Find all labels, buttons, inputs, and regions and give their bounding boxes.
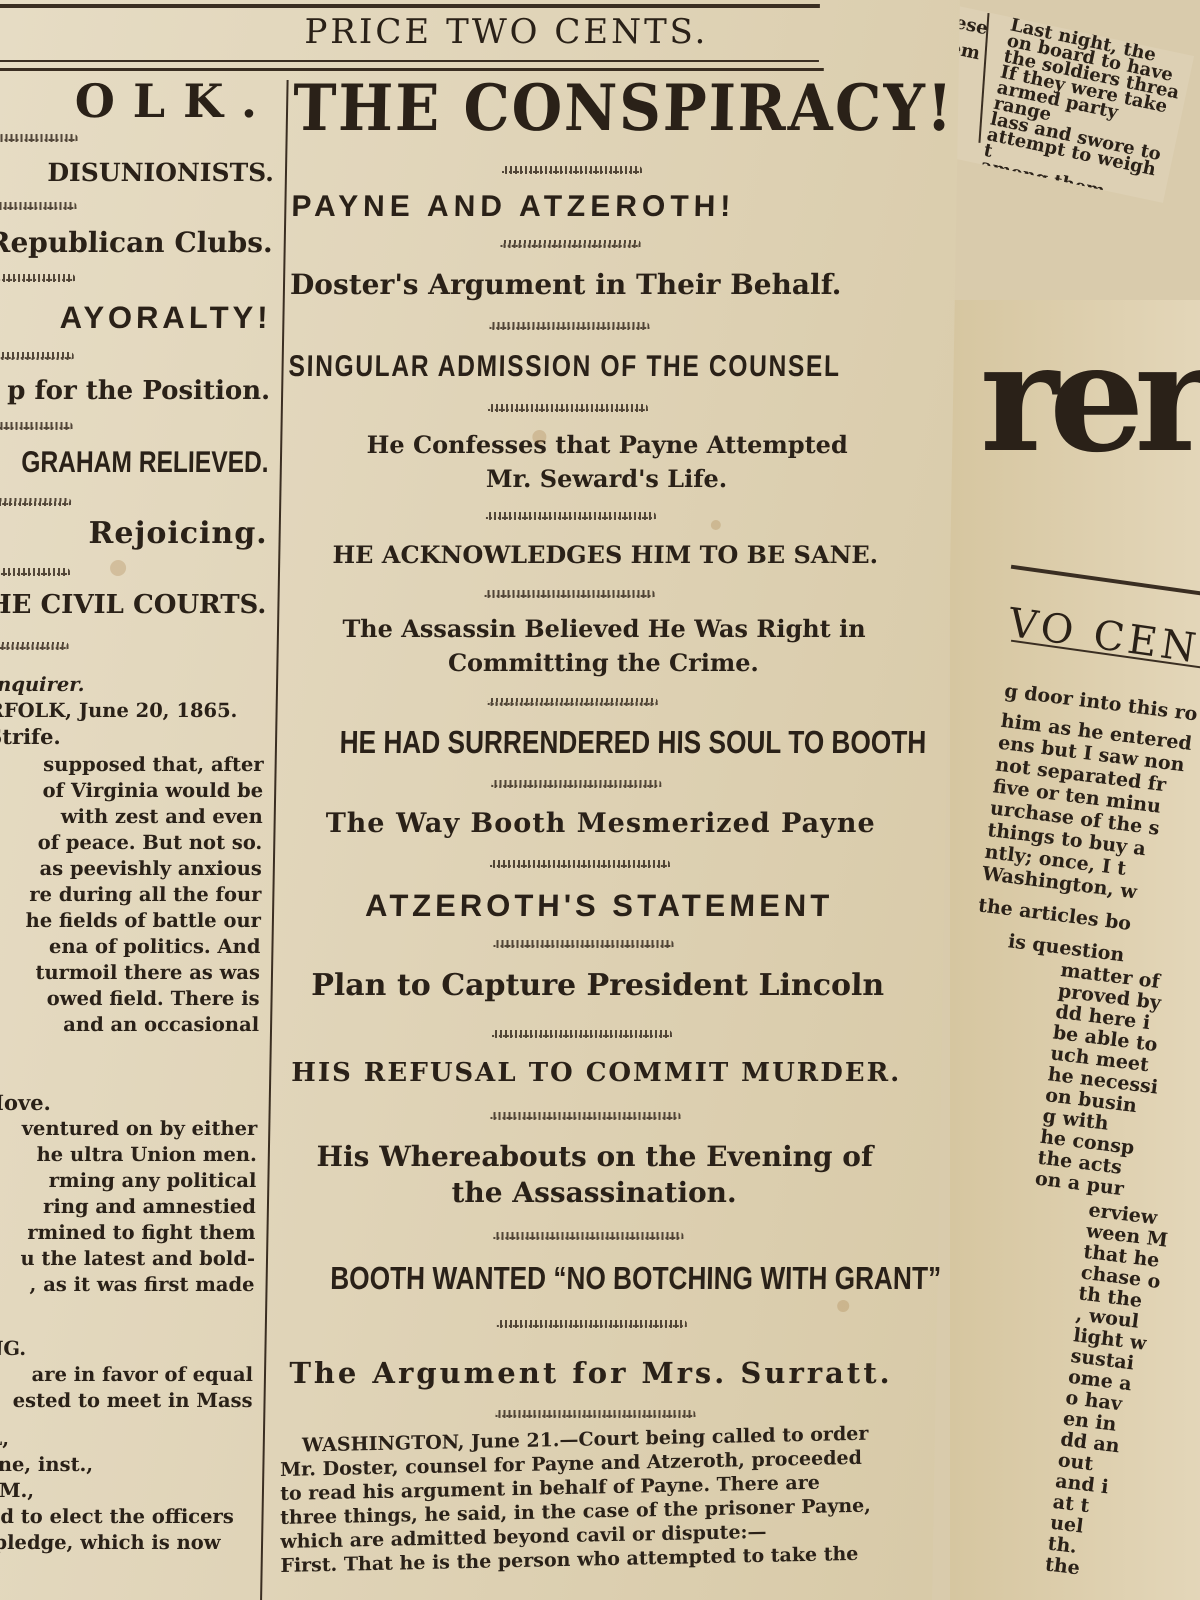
- left-headline: GRAHAM RELIEVED.: [21, 446, 269, 480]
- main-newspaper-sheet: PRICE TWO CENTS. OLK. DISUNIONISTS. Repu…: [0, 0, 960, 1600]
- left-headline: DISUNIONISTS.: [47, 158, 274, 187]
- masthead-rule: [1011, 565, 1200, 600]
- left-headline: AYORALTY!: [59, 300, 271, 336]
- left-paragraph-3: are in favor of equal ested to meet in M…: [12, 1362, 253, 1414]
- wavy-rule: [0, 642, 69, 650]
- headline-capture-lincoln: Plan to Capture President Lincoln: [277, 968, 918, 1003]
- wavy-rule: [0, 568, 70, 576]
- left-headline: p for the Position.: [7, 376, 270, 406]
- wavy-rule: [0, 134, 78, 142]
- wavy-rule: [501, 240, 641, 248]
- left-column: OLK. DISUNIONISTS. Republican Clubs. AYO…: [0, 60, 284, 1600]
- right-sheet-text-a: g door into this ro him as he entered en…: [973, 680, 1199, 972]
- article-body: WASHINGTON, June 21.—Court being called …: [280, 1422, 871, 1578]
- headline-confesses: He Confesses that Payne Attempted: [287, 430, 928, 459]
- wavy-rule: [495, 1410, 695, 1418]
- wavy-rule: [0, 352, 74, 360]
- headline-committing: Committing the Crime.: [283, 648, 924, 677]
- wavy-rule: [489, 322, 649, 330]
- headline-mesmerized: The Way Booth Mesmerized Payne: [280, 808, 921, 839]
- headline-dosters-argument: Doster's Argument in Their Behalf.: [290, 268, 931, 301]
- headline-whereabouts: His Whereabouts on the Evening of: [275, 1140, 916, 1173]
- headline-no-botching: BOOTH WANTED “NO BOTCHING WITH GRANT”: [330, 1260, 855, 1297]
- dateline: RFOLK, June 20, 1865.: [0, 698, 238, 724]
- gothic-masthead-fragment: rer: [980, 310, 1200, 486]
- headline-surrendered-soul: HE HAD SURRENDERED HIS SOUL TO BOOTH: [339, 724, 864, 761]
- wavy-rule: [0, 422, 73, 430]
- headline-singular-admission: SINGULAR ADMISSION OF THE COUNSEL: [288, 350, 813, 384]
- left-headline: Republican Clubs.: [0, 226, 273, 259]
- headline-payne-atzeroth: PAYNE AND ATZEROTH!: [291, 190, 932, 224]
- wavy-rule: [502, 166, 642, 174]
- wavy-rule: [488, 404, 648, 412]
- wavy-rule: [490, 1112, 680, 1120]
- headline-sane: HE ACKNOWLEDGES HIM TO BE SANE.: [285, 540, 926, 569]
- subhead: Strife.: [0, 724, 61, 750]
- wavy-rule: [493, 1232, 683, 1240]
- right-newspaper-sheet: rer VO CEN g door into this ro him as he…: [950, 300, 1200, 1600]
- left-masthead-fragment: OLK.: [74, 74, 275, 128]
- right-sheet-text-b: matter of proved by dd here i be able to…: [1034, 960, 1172, 1203]
- right-sheet-text-c: erview ween M that he chase o th the , w…: [1044, 1200, 1171, 1585]
- subhead: ING.: [0, 1336, 26, 1362]
- wavy-rule: [0, 498, 71, 506]
- left-headline: THE CIVIL COURTS.: [0, 590, 267, 620]
- headline-seward: Mr. Seward's Life.: [286, 464, 927, 493]
- wavy-rule: [491, 780, 661, 788]
- main-title: THE CONSPIRACY!: [292, 71, 933, 146]
- source-line: Inquirer.: [0, 672, 85, 698]
- headline-assassination: the Assassination.: [274, 1176, 915, 1209]
- left-headline: Rejoicing.: [88, 516, 268, 551]
- headline-assassin-believed: The Assassin Believed He Was Right in: [284, 614, 925, 643]
- wavy-rule: [493, 940, 673, 948]
- headline-atzeroth-statement: ATZEROTH'S STATEMENT: [279, 888, 920, 924]
- left-paragraph-1: supposed that, after of Virginia would b…: [24, 752, 264, 1038]
- clipping-body-text: Last night, the on board to have the sol…: [979, 17, 1194, 202]
- wavy-rule: [492, 1030, 672, 1038]
- wavy-rule: [488, 698, 658, 706]
- wavy-rule: [490, 860, 670, 868]
- wavy-rule: [497, 1320, 687, 1328]
- left-paragraph-2: ventured on by either he ultra Union men…: [19, 1116, 258, 1298]
- wavy-rule: [0, 274, 75, 282]
- center-column: THE CONSPIRACY! PAYNE AND ATZEROTH! Dost…: [267, 0, 935, 1600]
- headline-mrs-surratt: The Argument for Mrs. Surratt.: [271, 1356, 912, 1390]
- wavy-rule: [0, 202, 76, 210]
- wavy-rule: [486, 512, 656, 520]
- subhead: Move.: [0, 1090, 51, 1116]
- wavy-rule: [485, 590, 655, 598]
- headline-refusal-murder: HIS REFUSAL TO COMMIT MURDER.: [276, 1058, 917, 1088]
- left-notice: LL, June, inst., P. M., and to elect the…: [0, 1426, 235, 1556]
